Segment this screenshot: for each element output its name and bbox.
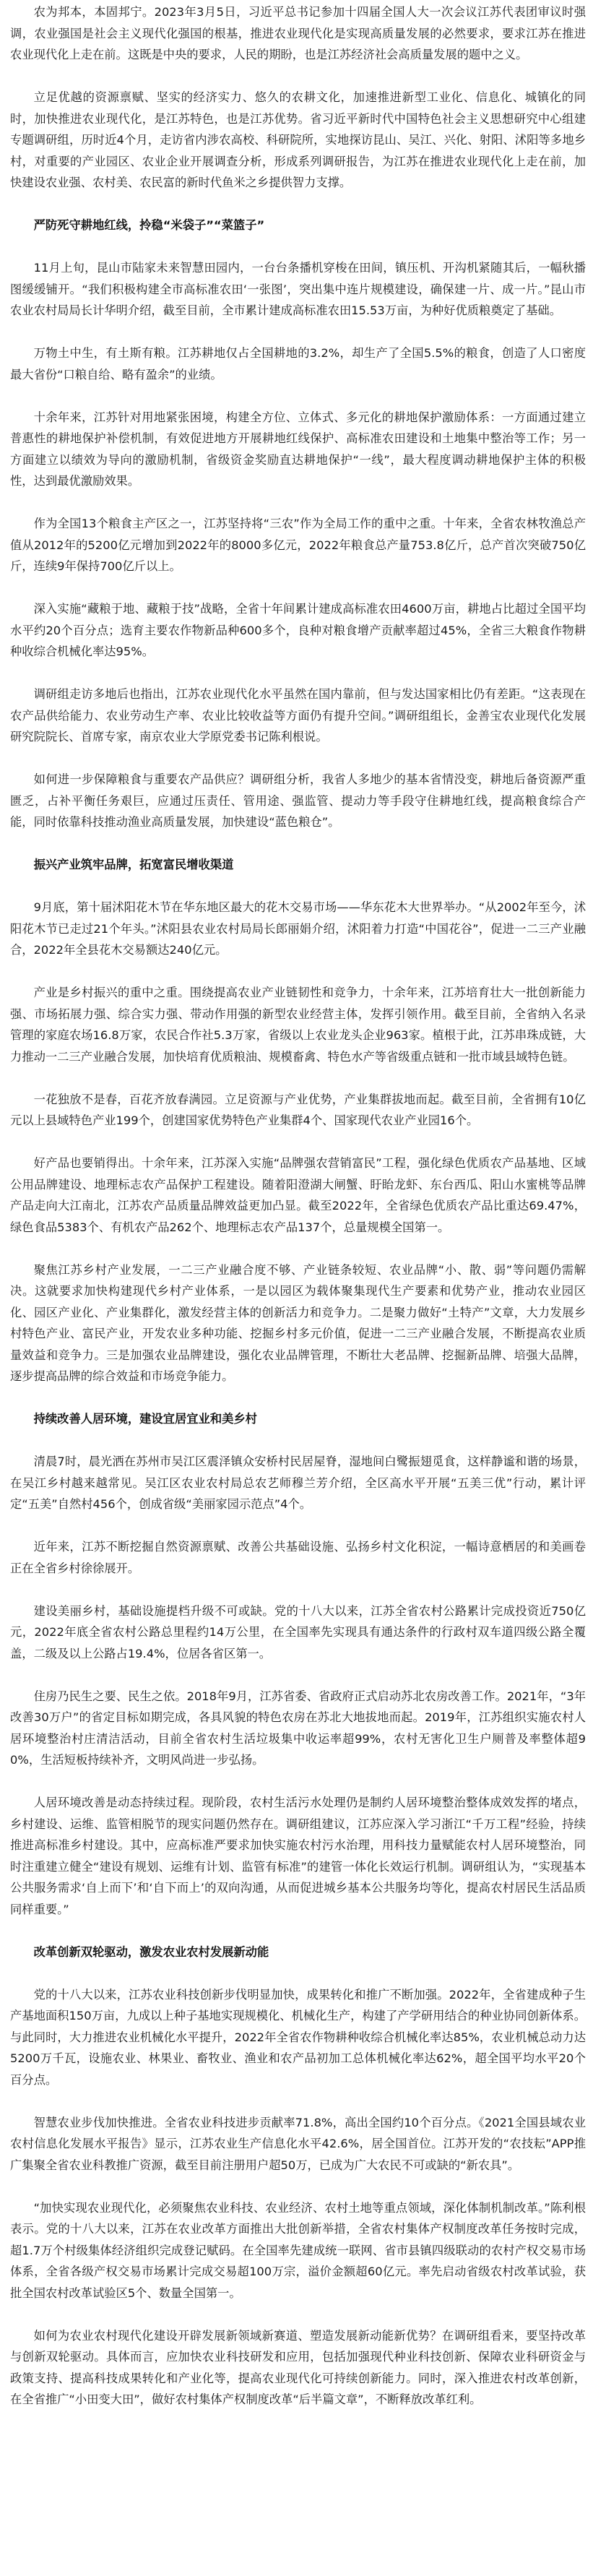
paragraph: 智慧农业步伐加快推进。全省农业科技进步贡献率71.8%，高出全国约10个百分点。… <box>10 2112 586 2176</box>
article-body: 农为邦本，本固邦宁。2023年3月5日，习近平总书记参加十四届全国人大一次会议江… <box>0 0 593 2446</box>
paragraph: 好产品也要销得出。十余年来，江苏深入实施“品牌强农营销富民”工程，强化绿色优质农… <box>10 1153 586 1238</box>
section-heading-farmland: 严防死守耕地红线，拎稳“米袋子”“菜篮子” <box>10 215 586 236</box>
paragraph: 十余年来，江苏针对用地紧张困境，构建全方位、立体式、多元化的耕地保护激励体系：一… <box>10 407 586 492</box>
paragraph: 清晨7时，晨光洒在苏州市吴江区震泽镇众安桥村民居屋脊，湿地间白鹭振翅觅食，这样静… <box>10 1451 586 1515</box>
paragraph: 产业是乡村振兴的重中之重。围绕提高农业产业链韧性和竞争力，十余年来，江苏培育壮大… <box>10 982 586 1067</box>
paragraph: 9月底，第十届沭阳花木节在华东地区最大的花木交易市场——华东花木大世界举办。“从… <box>10 897 586 961</box>
paragraph: 聚焦江苏乡村产业发展，一二三产业融合度不够、产业链条较短、农业品牌“小、散、弱”… <box>10 1259 586 1387</box>
paragraph: 建设美丽乡村，基础设施提档升级不可或缺。党的十八大以来，江苏全省农村公路累计完成… <box>10 1601 586 1665</box>
paragraph: 近年来，江苏不断挖掘自然资源禀赋、改善公共基础设施、弘扬乡村文化积淀，一幅诗意栖… <box>10 1536 586 1579</box>
section-heading-living-environment: 持续改善人居环境，建设宜居宜业和美乡村 <box>10 1408 586 1430</box>
paragraph-research-group: 立足优越的资源禀赋、坚实的经济实力、悠久的农耕文化，加速推进新型工业化、信息化、… <box>10 87 586 194</box>
paragraph: 深入实施“藏粮于地、藏粮于技”战略，全省十年间累计建成高标准农田4600万亩，耕… <box>10 598 586 663</box>
paragraph-conclusion: 如何为农业农村现代化建设开辟发展新领域新赛道、塑造发展新动能新优势？在调研组看来… <box>10 2325 586 2411</box>
paragraph: “加快实现农业现代化，必须聚焦农业科技、农业经济、农村土地等重点领域，深化体制机… <box>10 2197 586 2304</box>
paragraph: 一花独放不是春，百花齐放春满园。立足资源与产业优势，产业集群拔地而起。截至目前，… <box>10 1089 586 1132</box>
paragraph: 人居环境改善是动态持续过程。现阶段，农村生活污水处理仍是制约人居环境整治整体成效… <box>10 1792 586 1920</box>
paragraph: 调研组走访多地后也指出，江苏农业现代化水平虽然在国内靠前，但与发达国家相比仍有差… <box>10 684 586 748</box>
paragraph: 住房乃民生之要、民生之依。2018年9月，江苏省委、省政府正式启动苏北农房改善工… <box>10 1686 586 1771</box>
paragraph-intro: 农为邦本，本固邦宁。2023年3月5日，习近平总书记参加十四届全国人大一次会议江… <box>10 1 586 66</box>
section-heading-industry: 振兴产业筑牢品牌，拓宽富民增收渠道 <box>10 854 586 876</box>
paragraph: 作为全国13个粮食主产区之一，江苏坚持将“三农”作为全局工作的重中之重。十年来，… <box>10 513 586 577</box>
paragraph: 如何进一步保障粮食与重要农产品供应？调研组分析，我省人多地少的基本省情没变，耕地… <box>10 769 586 833</box>
paragraph: 万物土中生，有土斯有粮。江苏耕地仅占全国耕地的3.2%，却生产了全国5.5%的粮… <box>10 343 586 385</box>
section-heading-reform-innovation: 改革创新双轮驱动，激发农业农村发展新动能 <box>10 1942 586 1963</box>
paragraph: 11月上旬，昆山市陆家未来智慧田园内，一台台条播机穿梭在田间，镇压机、开沟机紧随… <box>10 257 586 322</box>
paragraph: 党的十八大以来，江苏农业科技创新步伐明显加快，成果转化和推广不断加强。2022年… <box>10 1984 586 2091</box>
